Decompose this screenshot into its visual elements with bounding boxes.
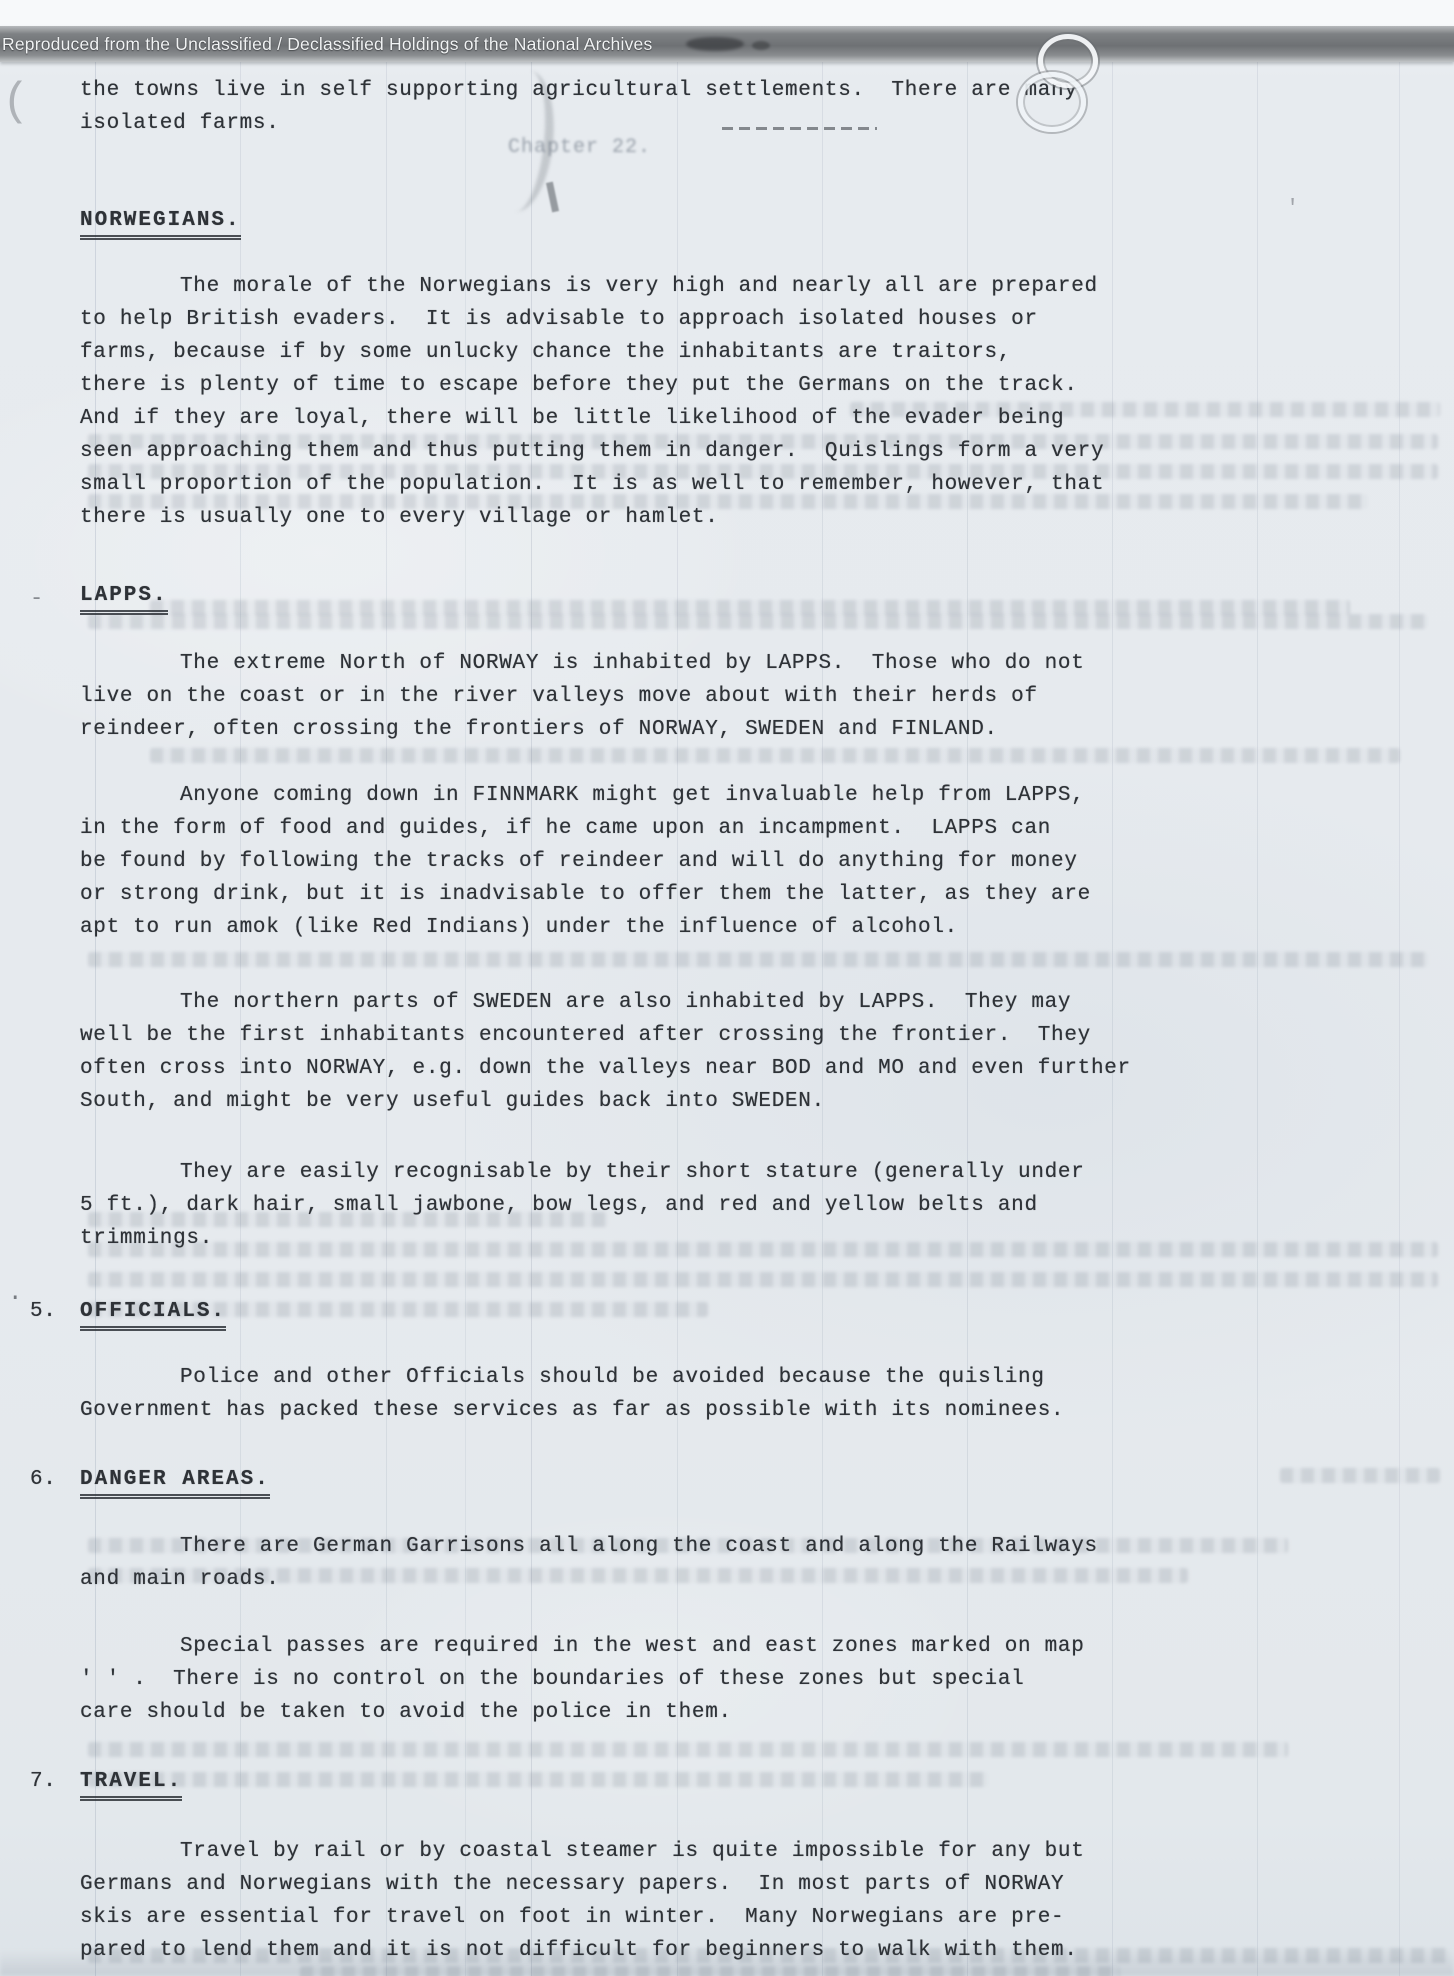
margin-mark: ' — [1286, 196, 1299, 221]
section-officials: 5. OFFICIALS. Police and other Officials… — [80, 1295, 1414, 1427]
paragraph: The morale of the Norwegians is very hig… — [80, 270, 1414, 534]
margin-mark: . — [8, 1280, 22, 1307]
page-top-strip — [0, 0, 1454, 26]
section-heading-lapps: LAPPS. — [80, 582, 168, 615]
paragraph: They are easily recognisable by their sh… — [80, 1156, 1414, 1255]
ink-underline-mark — [722, 127, 877, 130]
section-heading-travel: TRAVEL. — [80, 1768, 182, 1801]
ink-smudge — [686, 37, 744, 51]
section-number: 6. — [30, 1463, 57, 1496]
margin-mark: ( — [2, 76, 30, 128]
paragraph: The northern parts of SWEDEN are also in… — [80, 986, 1414, 1118]
section-number: 7. — [30, 1765, 57, 1798]
archives-banner-text: Reproduced from the Unclassified / Decla… — [2, 26, 652, 62]
paragraph: There are German Garrisons all along the… — [80, 1530, 1414, 1596]
document-body: the towns live in self supporting agricu… — [80, 74, 1414, 1967]
intro-paragraph: the towns live in self supporting agricu… — [80, 74, 1414, 140]
ink-smudge — [752, 41, 770, 50]
scanned-document-page: Reproduced from the Unclassified / Decla… — [0, 0, 1454, 1976]
paragraph: Travel by rail or by coastal steamer is … — [80, 1835, 1414, 1967]
paragraph: The extreme North of NORWAY is inhabited… — [80, 647, 1414, 746]
paragraph: Special passes are required in the west … — [80, 1630, 1414, 1729]
hole-punch-mark — [1018, 34, 1128, 130]
section-travel: 7. TRAVEL. Travel by rail or by coastal … — [80, 1765, 1414, 1967]
section-heading-norwegians: NORWEGIANS. — [80, 207, 241, 240]
paragraph: Police and other Officials should be avo… — [80, 1361, 1414, 1427]
bleed-through-ghost-line — [300, 1966, 1120, 1976]
section-norwegians: NORWEGIANS. The morale of the Norwegians… — [80, 204, 1414, 534]
section-heading-officials: OFFICIALS. — [80, 1298, 226, 1331]
margin-mark: - — [30, 586, 43, 611]
section-number: 5. — [30, 1295, 57, 1328]
section-heading-danger-areas: DANGER AREAS. — [80, 1466, 270, 1499]
hole-punch-ring — [1018, 72, 1086, 132]
paragraph: Anyone coming down in FINNMARK might get… — [80, 779, 1414, 944]
section-lapps: LAPPS. The extreme North of NORWAY is in… — [80, 579, 1414, 1255]
section-danger-areas: 6. DANGER AREAS. There are German Garris… — [80, 1463, 1414, 1729]
